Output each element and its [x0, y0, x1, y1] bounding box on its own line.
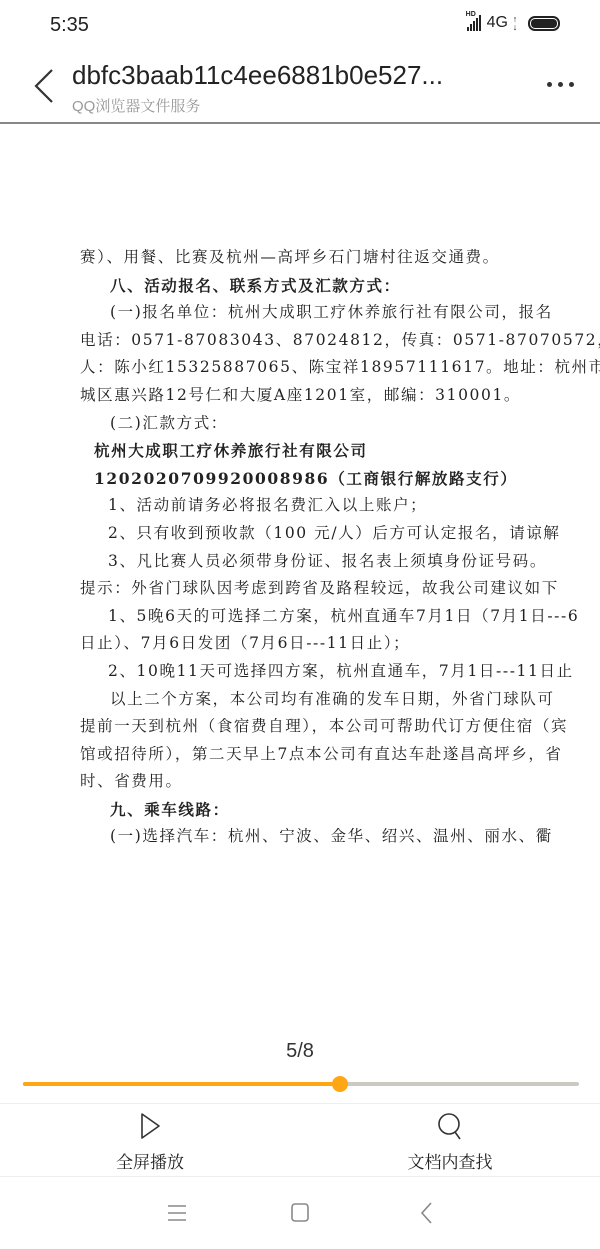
page-indicator: 5/8	[0, 1040, 600, 1063]
document-line: 人：陈小红15325887065、陈宝祥18957111617。地址：杭州市上	[80, 354, 600, 382]
document-line: 提前一天到杭州（食宿费自理），本公司可帮助代订方便住宿（宾	[80, 713, 600, 741]
network-type: 4G	[487, 14, 508, 32]
page-slider-thumb[interactable]	[332, 1076, 348, 1092]
back-icon	[412, 1200, 442, 1226]
document-line: 2、10晚11天可选择四方案，杭州直通车，7月1日---11日止	[80, 658, 600, 686]
section-heading: 九、乘车线路：	[80, 796, 600, 824]
document-line: 馆或招待所），第二天早上7点本公司有直达车赴遂昌高坪乡，省	[80, 741, 600, 769]
chevron-left-icon	[30, 66, 60, 106]
document-line: 3、凡比赛人员必须带身份证、报名表上须填身份证号码。	[80, 548, 600, 576]
document-line: (一)选择汽车：杭州、宁波、金华、绍兴、温州、丽水、衢	[80, 823, 600, 851]
status-time: 5:35	[50, 14, 89, 37]
battery-icon	[528, 16, 560, 31]
document-line: 1、5晚6天的可选择二方案，杭州直通车7月1日（7月1日---6	[80, 603, 600, 631]
home-icon	[285, 1200, 315, 1226]
file-title: dbfc3baab11c4ee6881b0e527...	[72, 60, 443, 91]
find-in-document-label: 文档内查找	[350, 1148, 550, 1173]
document-line: 赛）、用餐、比赛及杭州—高坪乡石门塘村往返交通费。	[80, 244, 600, 272]
play-icon	[137, 1112, 163, 1140]
system-back-button[interactable]	[412, 1200, 442, 1226]
document-line: 1、活动前请务必将报名费汇入以上账户；	[80, 492, 600, 520]
status-bar: 5:35 HD 4G ↑↓	[0, 0, 600, 52]
app-header: dbfc3baab11c4ee6881b0e527... QQ浏览器文件服务	[0, 52, 600, 124]
document-line: (一)报名单位：杭州大成职工疗休养旅行社有限公司，报名	[80, 299, 600, 327]
back-button[interactable]	[30, 66, 60, 106]
document-line: (二)汇款方式：	[80, 410, 600, 438]
data-arrows-icon: ↑↓	[512, 15, 518, 31]
document-page: 赛）、用餐、比赛及杭州—高坪乡石门塘村往返交通费。八、活动报名、联系方式及汇款方…	[80, 244, 600, 851]
fullscreen-play-label: 全屏播放	[50, 1148, 250, 1173]
system-nav-bar	[0, 1178, 600, 1249]
home-button[interactable]	[285, 1200, 315, 1226]
fullscreen-play-button[interactable]: 全屏播放	[50, 1104, 250, 1178]
document-line: 提示：外省门球队因考虑到跨省及路程较远，故我公司建议如下	[80, 575, 600, 603]
search-icon	[437, 1112, 463, 1140]
document-line: 日止）、7月6日发团（7月6日---11日止）；	[80, 630, 600, 658]
signal-icon: HD	[467, 15, 481, 31]
more-options-button[interactable]	[547, 82, 574, 87]
recent-apps-button[interactable]	[162, 1200, 192, 1226]
menu-icon	[162, 1200, 192, 1226]
hd-badge: HD	[466, 11, 476, 18]
section-heading: 八、活动报名、联系方式及汇款方式：	[80, 272, 600, 300]
document-line: 2、只有收到预收款（100 元/人）后方可认定报名，请谅解	[80, 520, 600, 548]
document-line: 以上二个方案，本公司均有准确的发车日期，外省门球队可	[80, 686, 600, 714]
document-line: 1202020709920008986（工商银行解放路支行）	[80, 465, 600, 493]
document-line: 时、省费用。	[80, 768, 600, 796]
find-in-document-button[interactable]: 文档内查找	[350, 1104, 550, 1178]
document-line: 电话：0571-87083043、87024812，传真：0571-870705…	[80, 327, 600, 355]
status-icons: HD 4G ↑↓	[467, 14, 560, 32]
file-source-subtitle: QQ浏览器文件服务	[72, 95, 200, 116]
document-viewer[interactable]: 赛）、用餐、比赛及杭州—高坪乡石门塘村往返交通费。八、活动报名、联系方式及汇款方…	[0, 126, 600, 1031]
more-dots-icon	[547, 82, 552, 87]
page-slider-fill	[23, 1082, 340, 1086]
document-line: 杭州大成职工疗休养旅行社有限公司	[80, 437, 600, 465]
bottom-toolbar: 全屏播放 文档内查找	[0, 1103, 600, 1177]
page-slider[interactable]	[23, 1082, 579, 1086]
document-line: 城区惠兴路12号仁和大厦A座1201室，邮编：310001。	[80, 382, 600, 410]
